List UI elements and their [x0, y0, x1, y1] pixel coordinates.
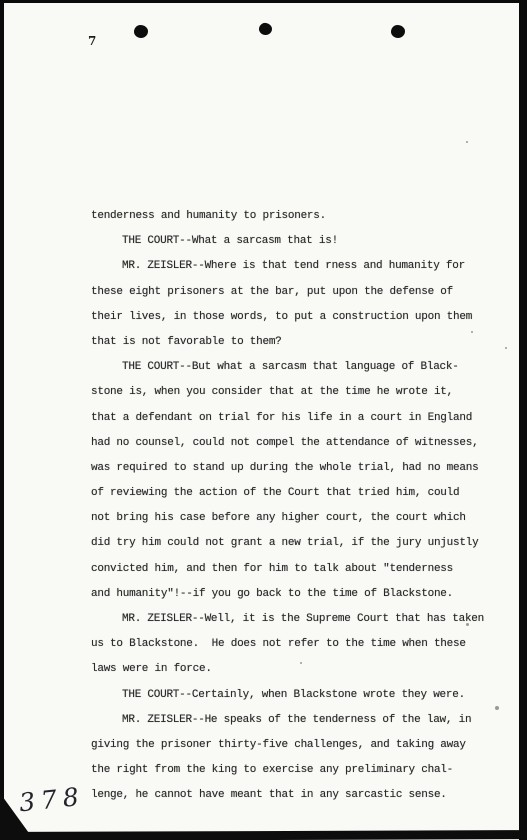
scan-bottom-edge	[22, 830, 527, 840]
scan-speck	[495, 706, 499, 710]
transcript-line: THE COURT--What a sarcasm that is!	[91, 229, 491, 254]
transcript-line: stone is, when you consider that at the …	[91, 380, 491, 405]
transcript-line: lenge, he cannot have meant that in any …	[91, 783, 491, 808]
transcript-line: us to Blackstone. He does not refer to t…	[91, 632, 491, 657]
handwritten-folio-number: 378	[18, 782, 86, 818]
scan-speck	[466, 141, 468, 143]
scan-speck	[505, 347, 507, 349]
transcript-line: convicted him, and then for him to talk …	[91, 557, 491, 582]
transcript-line: their lives, in those words, to put a co…	[91, 305, 491, 330]
punch-hole	[258, 22, 273, 36]
transcript-line: was required to stand up during the whol…	[91, 456, 491, 481]
transcript-line: MR. ZEISLER--Where is that tend rness an…	[91, 254, 491, 279]
punch-hole	[391, 25, 405, 38]
transcript-line: laws were in force.	[91, 657, 491, 682]
transcript-line: that is not favorable to them?	[91, 330, 491, 355]
transcript-line: giving the prisoner thirty-five challeng…	[91, 733, 491, 758]
transcript-line: the right from the king to exercise any …	[91, 758, 491, 783]
transcript-line: did try him could not grant a new trial,…	[91, 531, 491, 556]
transcript-line: THE COURT--Certainly, when Blackstone wr…	[91, 683, 491, 708]
transcript-line: not bring his case before any higher cou…	[91, 506, 491, 531]
transcript-line: these eight prisoners at the bar, put up…	[91, 280, 491, 305]
transcript-line: MR. ZEISLER--He speaks of the tenderness…	[91, 708, 491, 733]
scanned-page-background: 7 tenderness and humanity to prisoners.T…	[0, 0, 527, 840]
transcript-line: MR. ZEISLER--Well, it is the Supreme Cou…	[91, 607, 491, 632]
transcript-line: tenderness and humanity to prisoners.	[91, 204, 491, 229]
transcript-line: had no counsel, could not compel the att…	[91, 431, 491, 456]
transcript-text: tenderness and humanity to prisoners.THE…	[91, 204, 491, 809]
document-page: 7 tenderness and humanity to prisoners.T…	[4, 3, 519, 840]
transcript-line: and humanity"!--if you go back to the ti…	[91, 582, 491, 607]
transcript-line: THE COURT--But what a sarcasm that langu…	[91, 355, 491, 380]
transcript-line: of reviewing the action of the Court tha…	[91, 481, 491, 506]
page-number: 7	[88, 34, 96, 48]
scan-speck	[300, 662, 302, 664]
scan-speck	[466, 623, 469, 626]
scan-speck	[471, 331, 473, 333]
punch-hole	[134, 25, 148, 38]
transcript-line: that a defendant on trial for his life i…	[91, 406, 491, 431]
